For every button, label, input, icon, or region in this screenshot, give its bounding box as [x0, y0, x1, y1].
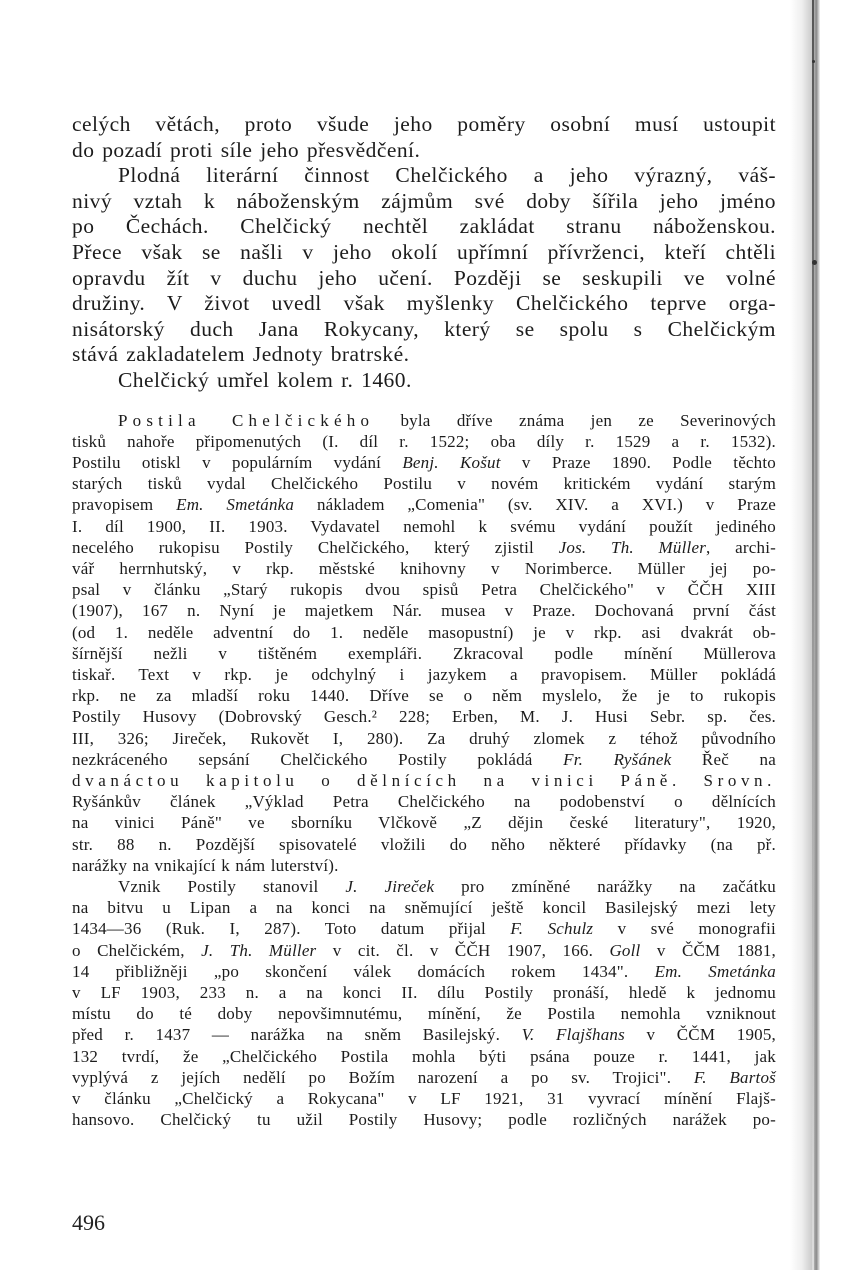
text-line: tiskař. Text v rkp. je odchylný i jazyke… [72, 664, 776, 685]
paragraph: Plodná literární činnost Chelčického a j… [72, 163, 776, 368]
text-line: opravdu žít v duchu jeho učení. Později … [72, 266, 776, 292]
notes-section: Postila Chelčického byla dříve známa jen… [72, 410, 776, 1131]
note-paragraph: Postila Chelčického byla dříve známa jen… [72, 410, 776, 876]
text-line: III, 326; Jireček, Rukovět I, 280). Za d… [72, 728, 776, 749]
text-line: v článku „Chelčický a Rokycana" v LF 192… [72, 1088, 776, 1109]
text-line: 1434—36 (Ruk. I, 287). Toto datum přijal… [72, 918, 776, 939]
text-line: Postila Chelčického byla dříve známa jen… [72, 410, 776, 431]
text-line: psal v článku „Starý rukopis dvou spisů … [72, 579, 776, 600]
text-line: rkp. ne za mladší roku 1440. Dříve se o … [72, 685, 776, 706]
text-line: Vznik Postily stanovil J. Jireček pro zm… [72, 876, 776, 897]
text-line: hansovo. Chelčický tu užil Postily Husov… [72, 1109, 776, 1130]
paragraph: celých větách, proto všude jeho poměry o… [72, 112, 776, 163]
text-line: do pozadí proti síle jeho přesvědčení. [72, 138, 776, 164]
text-line: před r. 1437 — narážka na sněm Basilejsk… [72, 1024, 776, 1045]
text-line: na vinici Páně" ve sborníku Vlčkově „Z d… [72, 812, 776, 833]
text-line: pravopisem Em. Smetánka nákladem „Comeni… [72, 494, 776, 515]
page-number: 496 [72, 1210, 105, 1236]
text-line: Chelčický umřel kolem r. 1460. [72, 368, 776, 394]
text-line: celých větách, proto všude jeho poměry o… [72, 112, 776, 138]
text-line: narážky na vnikající k nám luterství). [72, 855, 776, 876]
text-line: starých tisků vydal Chelčického Postilu … [72, 473, 776, 494]
text-line: 132 tvrdí, že „Chelčického Postila mohla… [72, 1046, 776, 1067]
page-body: celých větách, proto všude jeho poměry o… [72, 112, 776, 1130]
text-line: Postilu otiskl v populárním vydání Benj.… [72, 452, 776, 473]
main-text: celých větách, proto všude jeho poměry o… [72, 112, 776, 394]
text-line: místu do té doby nepovšimnutému, mínění,… [72, 1003, 776, 1024]
text-line: nezkráceného sepsání Chelčického Postily… [72, 749, 776, 770]
text-line: tisků nahoře připomenutých (I. díl r. 15… [72, 431, 776, 452]
text-line: dvanáctou kapitolu o dělnících na vinici… [72, 770, 776, 791]
spaced-heading: Postila Chelčického [118, 411, 374, 430]
page-gutter-shadow [790, 0, 820, 1270]
text-line: necelého rukopisu Postily Chelčického, k… [72, 537, 776, 558]
text-line: str. 88 n. Pozdější spisovatelé vložili … [72, 834, 776, 855]
text-line: družiny. V život uvedl však myšlenky Che… [72, 291, 776, 317]
paragraph: Chelčický umřel kolem r. 1460. [72, 368, 776, 394]
text-line: nivý vztah k náboženským zájmům své doby… [72, 189, 776, 215]
text-line: po Čechách. Chelčický nechtěl zakládat s… [72, 214, 776, 240]
text-line: vář herrnhutský, v rkp. městské knihovny… [72, 558, 776, 579]
text-line: (1907), 167 n. Nyní je majetkem Nár. mus… [72, 600, 776, 621]
text-line: (od 1. neděle adventní do 1. neděle maso… [72, 622, 776, 643]
text-line: 14 přibližněji „po skončení válek domácí… [72, 961, 776, 982]
text-line: stává zakladatelem Jednoty bratrské. [72, 342, 776, 368]
text-line: Ryšánkův článek „Výklad Petra Chelčickéh… [72, 791, 776, 812]
text-line: vyplývá z jejích nedělí po Božím narozen… [72, 1067, 776, 1088]
text-line: I. díl 1900, II. 1903. Vydavatel nemohl … [72, 516, 776, 537]
text-line: na bitvu u Lipan a na konci na sněmující… [72, 897, 776, 918]
page-edge-line [812, 0, 814, 1270]
text-fragment: byla dříve známa jen ze Severinových [400, 411, 776, 430]
text-line: Postily Husovy (Dobrovský Gesch.² 228; E… [72, 706, 776, 727]
text-line: Přece však se našli v jeho okolí upřímní… [72, 240, 776, 266]
text-line: šírnější nežli v tištěném exempláři. Zkr… [72, 643, 776, 664]
scan-speck [812, 60, 815, 63]
text-line: Plodná literární činnost Chelčického a j… [72, 163, 776, 189]
scan-speck [812, 260, 817, 265]
text-line: nisátorský duch Jana Rokycany, který se … [72, 317, 776, 343]
note-paragraph: Vznik Postily stanovil J. Jireček pro zm… [72, 876, 776, 1130]
text-line: v LF 1903, 233 n. a na konci II. dílu Po… [72, 982, 776, 1003]
text-line: o Chelčickém, J. Th. Müller v cit. čl. v… [72, 940, 776, 961]
